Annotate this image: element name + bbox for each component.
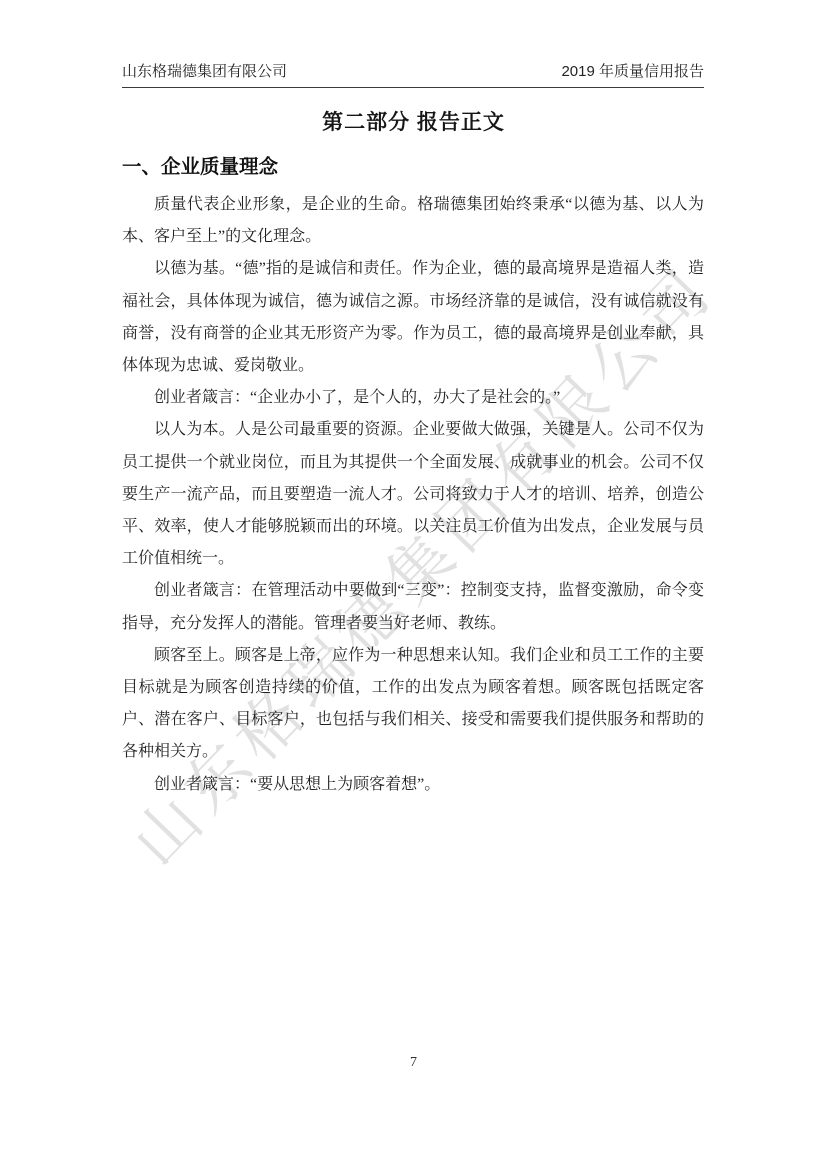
paragraph-quality-concept: 质量代表企业形象，是企业的生命。格瑞德集团始终秉承“以德为基、以人为本、客户至上… xyxy=(122,189,704,253)
paragraph-customer-first: 顾客至上。顾客是上帝，应作为一种思想来认知。我们企业和员工工作的主要目标就是为顾… xyxy=(122,640,704,769)
paragraph-virtue-as-foundation: 以德为基。“德”指的是诚信和责任。作为企业，德的最高境界是造福人类，造福社会，具… xyxy=(122,253,704,382)
body-text: 质量代表企业形象，是企业的生命。格瑞德集团始终秉承“以德为基、以人为本、客户至上… xyxy=(122,189,704,801)
document-title: 第二部分 报告正文 xyxy=(0,106,827,136)
header-rule xyxy=(122,87,704,88)
document-page: 山东格瑞德集团有限公司 山东格瑞德集团有限公司 2019 年质量信用报告 第二部… xyxy=(0,0,827,1169)
page-number: 7 xyxy=(0,1055,827,1071)
page-header: 山东格瑞德集团有限公司 2019 年质量信用报告 xyxy=(122,60,704,81)
paragraph-people-oriented: 以人为本。人是公司最重要的资源。企业要做大做强，关键是人。公司不仅为员工提供一个… xyxy=(122,414,704,575)
paragraph-founder-motto-2: 创业者箴言：在管理活动中要做到“三变”：控制变支持，监督变激励，命令变指导，充分… xyxy=(122,575,704,639)
paragraph-founder-motto-1: 创业者箴言：“企业办小了，是个人的，办大了是社会的。” xyxy=(122,382,704,414)
header-report-title: 2019 年质量信用报告 xyxy=(561,60,704,81)
paragraph-founder-motto-3: 创业者箴言：“要从思想上为顾客着想”。 xyxy=(122,769,704,801)
header-company-name: 山东格瑞德集团有限公司 xyxy=(122,60,287,81)
section-heading: 一、企业质量理念 xyxy=(122,151,278,179)
